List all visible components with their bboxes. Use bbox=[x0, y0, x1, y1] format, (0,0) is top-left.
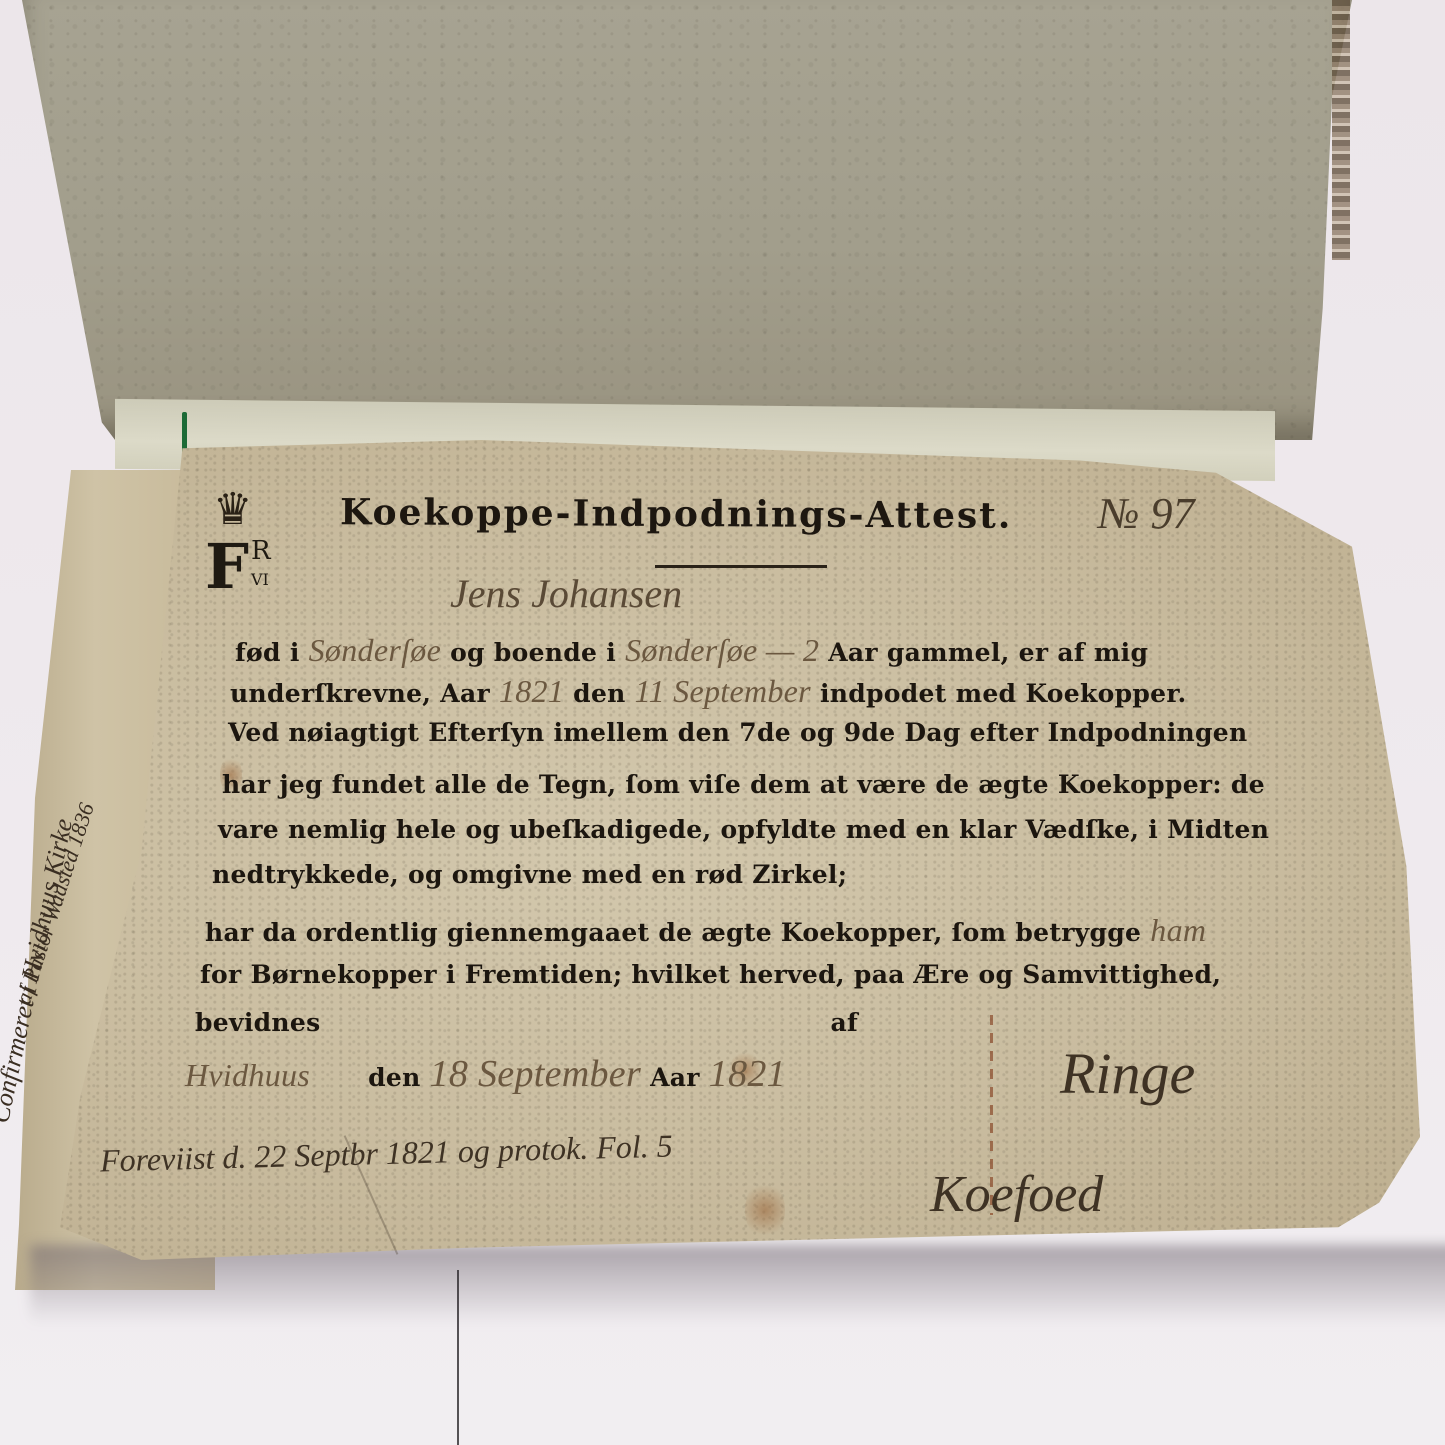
registrar-signature: Koefoed bbox=[930, 1165, 1103, 1224]
cover-page bbox=[22, 0, 1352, 440]
cover-torn-edge bbox=[1332, 0, 1350, 260]
table-shadow bbox=[30, 1245, 1445, 1325]
body-line-1: fød i Sønderſøe og boende i Sønderſøe — … bbox=[235, 632, 1148, 669]
certificate-title: Koekoppe-Indpodnings-Attest. bbox=[340, 491, 1013, 537]
monogram-sub: VI bbox=[251, 570, 269, 589]
monogram-letter: F bbox=[205, 536, 249, 598]
royal-emblem: ♛ F R VI bbox=[205, 488, 285, 608]
certificate-number: № 97 bbox=[1098, 488, 1195, 539]
body-line-6: nedtrykkede, og omgivne med en rød Zirke… bbox=[212, 860, 847, 889]
body-line-4: har jeg fundet alle de Tegn, ſom viſe de… bbox=[222, 770, 1265, 799]
patient-name: Jens Johansen bbox=[450, 570, 682, 617]
place-field: Hvidhuus bbox=[185, 1057, 310, 1093]
table-seam bbox=[457, 1270, 459, 1445]
issue-year-field: 1821 bbox=[709, 1053, 786, 1095]
body-line-7: har da ordentlig giennemgaaet de ægte Ko… bbox=[205, 912, 1206, 949]
body-line-8: for Børnekopper i Fremtiden; hvilket her… bbox=[200, 960, 1221, 989]
crown-icon: ♛ bbox=[213, 488, 252, 532]
name-rule bbox=[655, 565, 827, 568]
issue-date-field: 18 September bbox=[430, 1053, 642, 1095]
pronoun-field: ham bbox=[1150, 912, 1206, 948]
body-line-5: vare nemlig hele og ubeſkadigede, opfyld… bbox=[218, 815, 1269, 844]
vaccination-year-field: 1821 bbox=[499, 673, 564, 709]
monogram-sup: R bbox=[251, 536, 271, 566]
place-date-line: Hvidhuus den 18 September Aar 1821 bbox=[185, 1052, 786, 1096]
physician-signature: Ringe bbox=[1060, 1040, 1195, 1107]
body-line-2: underſkrevne, Aar 1821 den 11 September … bbox=[230, 673, 1187, 710]
body-line-3: Ved nøiagtigt Efterſyn imellem den 7de o… bbox=[228, 718, 1247, 747]
body-line-9: bevidnesaf bbox=[195, 1008, 858, 1037]
foxing-stain bbox=[745, 1180, 785, 1240]
birthplace-field: Sønderſøe bbox=[309, 632, 441, 668]
vaccination-date-field: 11 September bbox=[635, 673, 811, 709]
residence-age-field: Sønderſøe — 2 bbox=[625, 632, 819, 668]
